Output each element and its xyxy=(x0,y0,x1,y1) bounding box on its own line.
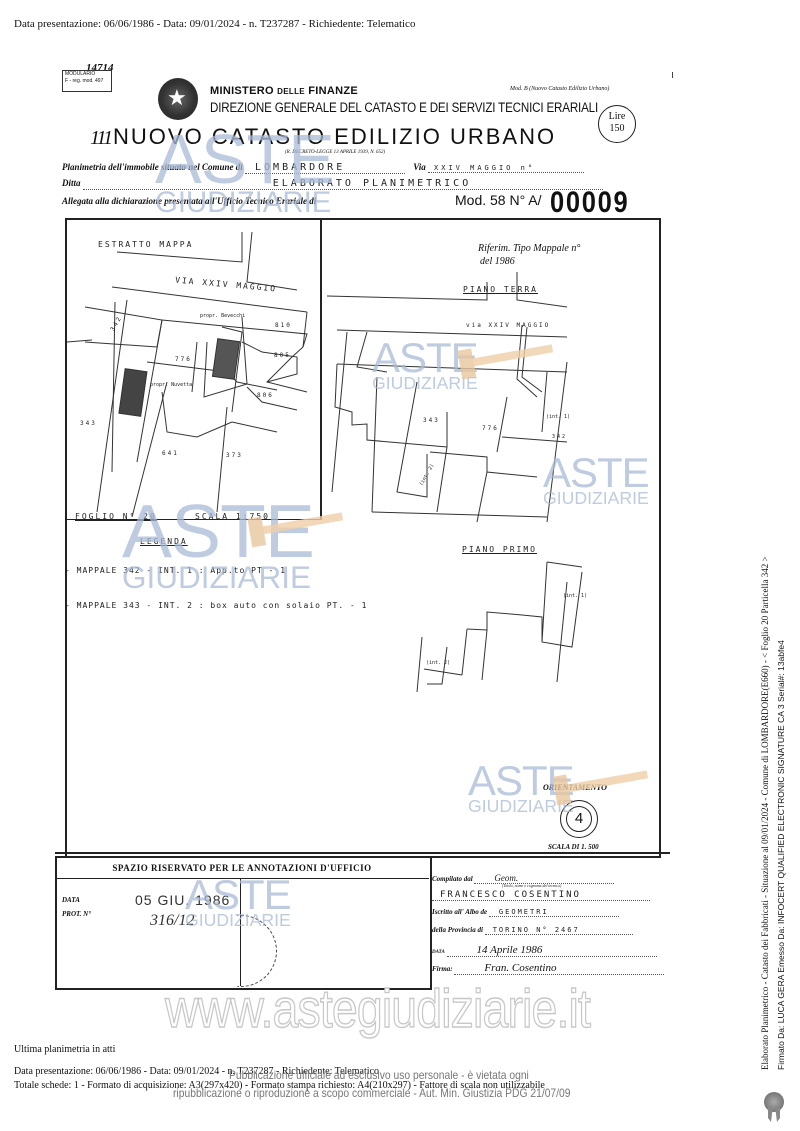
ribbon-tail-icon xyxy=(766,1106,782,1122)
parcel-label-805: 805 xyxy=(274,352,291,359)
plan-street-label: via XXIV MAGGIO xyxy=(466,322,550,329)
pp-label-int2: (int. 2) xyxy=(426,660,450,666)
model-reference: Mod. B (Nuovo Catasto Edilizio Urbano) xyxy=(510,86,609,92)
side-caption-situazione: Elaborato Planimetrico - Catasto dei Fab… xyxy=(760,556,770,1070)
annotations-prot-label: PROT. N° xyxy=(62,910,91,918)
pt-label-776: 776 xyxy=(482,425,499,432)
aste-watermark: ASTEGIUDIZIARIE xyxy=(185,877,291,928)
republic-emblem-icon: ★ xyxy=(158,78,198,120)
pt-label-342: 342 xyxy=(552,434,567,440)
iscritto-row: Iscritto all' Albo de GEOMETRI xyxy=(432,908,662,926)
site-watermark: www.astegiudiziarie.it xyxy=(165,978,590,1040)
publication-notice-2: ripubblicazione o riproduzione a scopo c… xyxy=(173,1086,571,1100)
riferimento-date: del 1986 xyxy=(480,256,515,267)
via-value: XXIV MAGGIO n° xyxy=(428,164,584,173)
parcel-label-373: 373 xyxy=(226,452,243,459)
corner-mark xyxy=(672,72,673,78)
compiler-block: Compilato dal Geom. (Titolo, nome e cogn… xyxy=(432,873,662,980)
modulario-box: MODULARIO F - reg. mod. 497 xyxy=(62,70,112,92)
document-number: 00009 xyxy=(550,186,629,220)
parcel-label-343: 343 xyxy=(80,420,97,427)
parcel-label-810: 810 xyxy=(275,322,292,329)
riferimento-label: Riferim. Tipo Mappale n° xyxy=(478,243,580,254)
directorate-name: DIREZIONE GENERALE DEL CATASTO E DEI SER… xyxy=(210,100,598,115)
legenda-item: - MAPPALE 343 - INT. 2 : box auto con so… xyxy=(65,601,367,610)
piano-terra-label: PIANO TERRA xyxy=(463,285,538,294)
modulario-sub: F - reg. mod. 497 xyxy=(65,78,111,85)
frame-bottom-border xyxy=(55,852,670,854)
parcel-label-641: 641 xyxy=(162,450,179,457)
annotations-data-label: DATA xyxy=(62,896,80,904)
prop-label-bevecchi: propr. Bevecchi xyxy=(200,313,245,319)
aste-watermark: ASTEGIUDIZIARIE xyxy=(543,455,649,506)
compilato-row: Compilato dal Geom. xyxy=(432,873,662,891)
pt-label-int1: (int. 1) xyxy=(546,414,570,420)
compilato-date-row: DATA 14 Aprile 1986 xyxy=(432,944,662,962)
pt-label-343: 343 xyxy=(423,417,440,424)
stamp-price-badge: Lire 150 xyxy=(598,105,636,143)
parcel-label-806: 806 xyxy=(257,392,274,399)
estratto-mappa-label: ESTRATTO MAPPA xyxy=(98,240,193,249)
document-header-line: Data presentazione: 06/06/1986 - Data: 0… xyxy=(14,18,415,30)
publication-notice-1: Pubblicazione ufficiale ad esclusivo uso… xyxy=(229,1068,529,1082)
scale-label: SCALA DI 1. 500 xyxy=(548,843,599,851)
signature: Fran. Cosentino xyxy=(454,962,664,975)
compiler-name-row: FRANCESCO COSENTINO xyxy=(432,890,662,908)
side-caption-signature: Firmato Da: LUCA GERA Emesso Da: INFOCER… xyxy=(776,640,786,1070)
prop-label-nuvetta: propr. Nuvetta xyxy=(150,382,192,388)
allegata-value: Mod. 58 N° A/ xyxy=(455,192,542,208)
ministry-name: MINISTERO DELLE FINANZE xyxy=(210,85,358,97)
pp-label-int1: (int. 1) xyxy=(563,593,587,599)
modulario-label: MODULARIO xyxy=(65,71,111,78)
piano-primo-label: PIANO PRIMO xyxy=(462,545,537,554)
aste-watermark: ASTEGIUDIZIARIE xyxy=(122,500,314,591)
aste-watermark: ASTEGIUDIZIARIE xyxy=(155,130,334,214)
ultima-planimetria-label: Ultima planimetria in atti xyxy=(14,1044,115,1055)
provincia-row: della Provincia di TORINO N° 2467 xyxy=(432,926,662,944)
parcel-label-776: 776 xyxy=(175,356,192,363)
